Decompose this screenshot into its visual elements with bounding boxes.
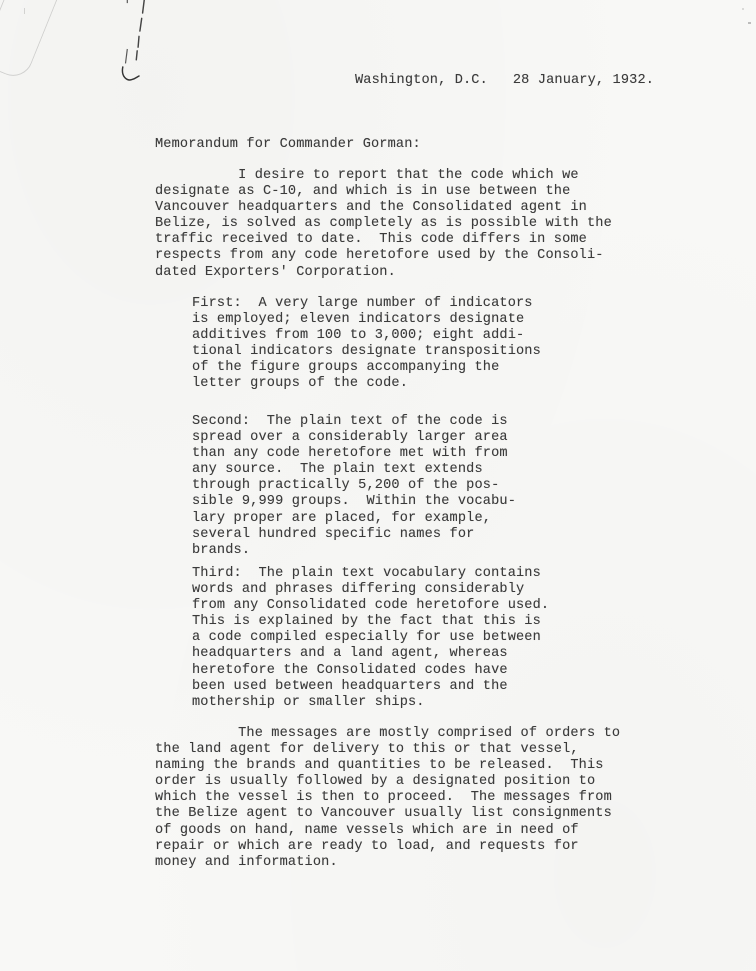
paper-clip-shadow-icon	[0, 0, 60, 82]
text-line: First: A very large number of indicators	[192, 296, 541, 312]
text-line: through practically 5,200 of the pos-	[192, 478, 516, 494]
text-line: the Belize agent to Vancouver usually li…	[155, 806, 620, 822]
text-line: mothership or smaller ships.	[192, 695, 549, 711]
text-line: I desire to report that the code which w…	[155, 168, 612, 184]
text-line: of goods on hand, name vessels which are…	[155, 823, 620, 839]
text-line: spread over a considerably larger area	[192, 430, 516, 446]
text-line: is employed; eleven indicators designate	[192, 312, 541, 328]
point-second: Second: The plain text of the code is sp…	[192, 414, 516, 559]
text-line: order is usually followed by a designate…	[155, 774, 620, 790]
memo-salutation: Memorandum for Commander Gorman:	[155, 137, 421, 153]
place-date-line: Washington, D.C. 28 January, 1932.	[355, 73, 654, 89]
text-line: naming the brands and quantities to be r…	[155, 758, 620, 774]
paper-clip-mark-icon	[112, 0, 148, 90]
text-line: designate as C-10, and which is in use b…	[155, 184, 612, 200]
text-line: brands.	[192, 543, 516, 559]
text-line: words and phrases differing considerably	[192, 582, 549, 598]
text-line: than any code heretofore met with from	[192, 446, 516, 462]
text-line: letter groups of the code.	[192, 376, 541, 392]
point-third: Third: The plain text vocabulary contain…	[192, 566, 549, 711]
paper-speck	[748, 22, 751, 24]
text-line: headquarters and a land agent, whereas	[192, 646, 549, 662]
text-line: which the vessel is then to proceed. The…	[155, 790, 620, 806]
text-line: The messages are mostly comprised of ord…	[155, 726, 620, 742]
text-line: of the figure groups accompanying the	[192, 360, 541, 376]
text-line: traffic received to date. This code diff…	[155, 232, 612, 248]
closing-paragraph: The messages are mostly comprised of ord…	[155, 726, 620, 871]
text-line: dated Exporters' Corporation.	[155, 265, 612, 281]
text-line: respects from any code heretofore used b…	[155, 248, 612, 264]
text-line: Belize, is solved as completely as is po…	[155, 216, 612, 232]
text-line: a code compiled especially for use betwe…	[192, 630, 549, 646]
text-line: tional indicators designate transpositio…	[192, 344, 541, 360]
text-line: Second: The plain text of the code is	[192, 414, 516, 430]
text-line: lary proper are placed, for example,	[192, 511, 516, 527]
text-line: Third: The plain text vocabulary contain…	[192, 566, 549, 582]
paper-speck	[742, 8, 744, 10]
intro-paragraph: I desire to report that the code which w…	[155, 168, 612, 281]
text-line: This is explained by the fact that this …	[192, 614, 549, 630]
text-line: any source. The plain text extends	[192, 462, 516, 478]
point-first: First: A very large number of indicators…	[192, 296, 541, 393]
text-line: heretofore the Consolidated codes have	[192, 663, 549, 679]
text-line: several hundred specific names for	[192, 527, 516, 543]
text-line: sible 9,999 groups. Within the vocabu-	[192, 494, 516, 510]
text-line: additives from 100 to 3,000; eight addi-	[192, 328, 541, 344]
text-line: been used between headquarters and the	[192, 679, 549, 695]
text-line: money and information.	[155, 855, 620, 871]
text-line: the land agent for delivery to this or t…	[155, 742, 620, 758]
text-line: from any Consolidated code heretofore us…	[192, 598, 549, 614]
text-line: Vancouver headquarters and the Consolida…	[155, 200, 612, 216]
paper-speck	[24, 8, 25, 14]
memorandum-page: Washington, D.C. 28 January, 1932. Memor…	[0, 0, 756, 971]
text-line: repair or which are ready to load, and r…	[155, 839, 620, 855]
